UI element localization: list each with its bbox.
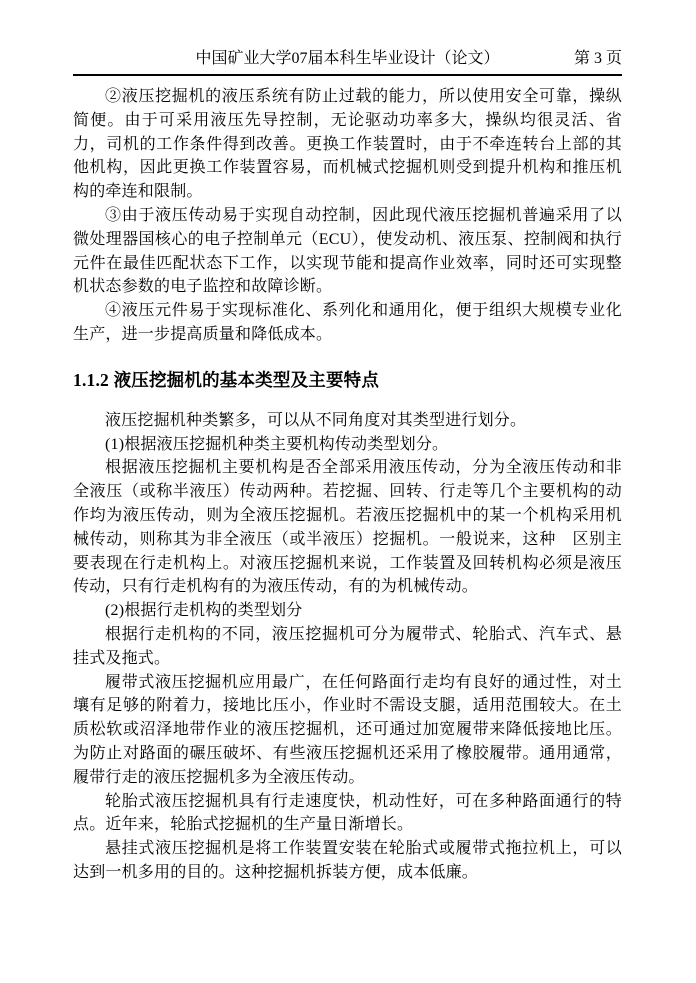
- paragraph: 液压挖掘机种类繁多，可以从不同角度对其类型进行划分。: [73, 409, 622, 433]
- paragraph: (2)根据行走机构的类型划分: [73, 599, 622, 623]
- paragraph: 履带式液压挖掘机应用最广，在任何路面行走均有良好的通过性，对土壤有足够的附着力，…: [73, 671, 622, 790]
- document-body: ②液压挖掘机的液压系统有防止过载的能力，所以使用安全可靠，操纵简便。由于可采用液…: [73, 85, 622, 885]
- paragraph: (1)根据液压挖掘机种类主要机构传动类型划分。: [73, 433, 622, 457]
- paragraph: 根据行走机构的不同，液压挖掘机可分为履带式、轮胎式、汽车式、悬挂式及拖式。: [73, 623, 622, 671]
- paragraph: ②液压挖掘机的液压系统有防止过载的能力，所以使用安全可靠，操纵简便。由于可采用液…: [73, 85, 622, 204]
- paragraph: ③由于液压传动易于实现自动控制，因此现代液压挖掘机普遍采用了以微处理器国核心的电…: [73, 204, 622, 299]
- section-heading: 1.1.2 液压挖掘机的基本类型及主要特点: [73, 368, 622, 392]
- paragraph: 悬挂式液压挖掘机是将工作装置安装在轮胎式或履带式拖拉机上，可以达到一机多用的目的…: [73, 837, 622, 885]
- page-header: 中国矿业大学07届本科生毕业设计（论文） 第 3 页: [73, 48, 622, 70]
- paragraph: 根据液压挖掘机主要机构是否全部采用液压传动，分为全液压传动和非全液压（或称半液压…: [73, 456, 622, 599]
- header-title: 中国矿业大学07届本科生毕业设计（论文）: [195, 50, 499, 67]
- header-page-number: 第 3 页: [574, 48, 622, 70]
- paragraph: ④液压元件易于实现标准化、系列化和通用化，便于组织大规模专业化生产，进一步提高质…: [73, 299, 622, 347]
- document-page: 中国矿业大学07届本科生毕业设计（论文） 第 3 页 ②液压挖掘机的液压系统有防…: [0, 0, 696, 983]
- header-divider: [73, 74, 622, 76]
- paragraph: 轮胎式液压挖掘机具有行走速度快，机动性好，可在多种路面通行的特点。近年来，轮胎式…: [73, 790, 622, 838]
